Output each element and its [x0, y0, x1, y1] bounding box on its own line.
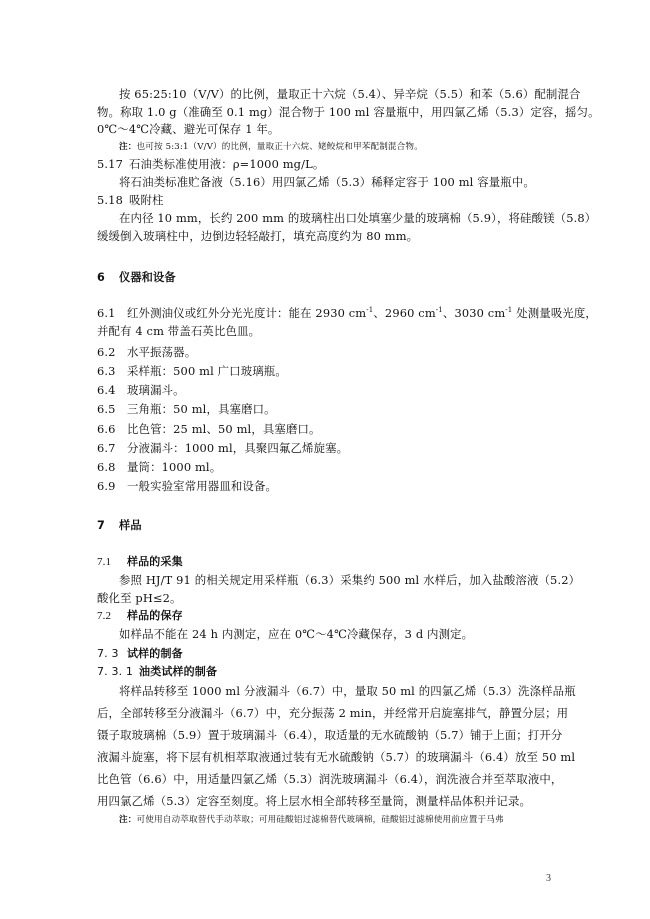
clause-5-17: 5.17石油类标准使用液：ρ=1000 mg/L。 — [97, 155, 324, 173]
page-number: 3 — [546, 873, 551, 884]
clause-title: 吸附柱 — [129, 193, 164, 207]
clause-6-2: 6.2水平振荡器。 — [97, 343, 196, 361]
clause-7-3-1: 7. 3. 1油类试样的制备 — [97, 663, 217, 681]
section-number: 7 — [97, 517, 109, 535]
clause-number: 5.18 — [97, 191, 123, 209]
paragraph-line: 物。称取 1.0 g（准确至 0.1 mg）混合物于 100 ml 容量瓶中，用… — [97, 103, 600, 121]
paragraph-line: 比色管（6.6）中，用适量四氯乙烯（5.3）润洗玻璃漏斗（6.4），润洗液合并至… — [97, 770, 562, 788]
clause-5-18: 5.18吸附柱 — [97, 191, 164, 209]
paragraph-line: 并配有 4 cm 带盖石英比色皿。 — [97, 322, 260, 340]
paragraph-line: 在内径 10 mm，长约 200 mm 的玻璃柱出口处填塞少量的玻璃棉（5.9）… — [119, 209, 596, 227]
clause-7-2: 7.2样品的保存 — [97, 607, 183, 625]
paragraph-line: 按 65:25:10（V/V）的比例，量取正十六烷（5.4）、异辛烷（5.5）和… — [119, 85, 581, 103]
clause-number: 5.17 — [97, 155, 123, 173]
document-page: 按 65:25:10（V/V）的比例，量取正十六烷（5.4）、异辛烷（5.5）和… — [0, 0, 650, 919]
section-number: 6 — [97, 269, 109, 287]
paragraph-line: 镊子取玻璃棉（5.9）置于玻璃漏斗（6.4），取适量的无水硫酸钠（5.7）铺于上… — [97, 726, 562, 744]
note-text: 可使用自动萃取替代手动萃取；可用硅酸铝过滤棉替代玻璃棉，硅酸铝过滤棉使用前应置于… — [137, 815, 504, 825]
paragraph-line: 如样品不能在 24 h 内测定，应在 0℃～4℃冷藏保存，3 d 内测定。 — [119, 625, 473, 643]
paragraph-line: 将石油类标准贮备液（5.16）用四氯乙烯（5.3）稀释定容于 100 ml 容量… — [119, 173, 535, 191]
paragraph-line: 0℃～4℃冷藏、避光可保存 1 年。 — [97, 120, 279, 138]
note-label: 注： — [119, 815, 137, 825]
clause-title: 石油类标准使用液：ρ=1000 mg/L。 — [129, 157, 324, 171]
note: 注：可使用自动萃取替代手动萃取；可用硅酸铝过滤棉替代玻璃棉，硅酸铝过滤棉使用前应… — [119, 811, 504, 829]
clause-6-4: 6.4玻璃漏斗。 — [97, 381, 185, 399]
clause-7-1: 7.1样品的采集 — [97, 553, 183, 571]
note-text: 也可按 5:3:1（V/V）的比例，量取正十六烷、姥鲛烷和甲苯配制混合物。 — [137, 142, 423, 152]
paragraph-line: 后，全部转移至分液漏斗（6.7）中，充分振荡 2 min，并经常开启旋塞排气，静… — [97, 704, 568, 722]
note-label: 注： — [119, 142, 137, 152]
paragraph-line: 缓缓倒入玻璃柱中，边倒边轻轻敲打，填充高度约为 80 mm。 — [97, 227, 418, 245]
clause-number: 6.1 — [97, 304, 121, 322]
paragraph-line: 用四氯乙烯（5.3）定容至刻度。将上层水相全部转移至量筒，测量样品体积并记录。 — [97, 792, 531, 810]
clause-6-7: 6.7分液漏斗：1000 ml，具聚四氟乙烯旋塞。 — [97, 439, 348, 457]
clause-6-5: 6.5三角瓶：50 ml，具塞磨口。 — [97, 400, 276, 418]
section-heading-6: 6仪器和设备 — [97, 269, 176, 287]
clause-6-1: 6.1红外测油仪或红外分光光度计：能在 2930 cm-1、2960 cm-1、… — [97, 304, 597, 322]
paragraph-line: 将样品转移至 1000 ml 分液漏斗（6.7）中，量取 50 ml 的四氯乙烯… — [119, 682, 576, 700]
note: 注：也可按 5:3:1（V/V）的比例，量取正十六烷、姥鲛烷和甲苯配制混合物。 — [119, 138, 423, 156]
paragraph-line: 酸化至 pH≤2。 — [97, 589, 182, 607]
clause-7-3: 7. 3试样的制备 — [97, 645, 183, 663]
clause-6-8: 6.8量筒：1000 ml。 — [97, 458, 221, 476]
section-title: 样品 — [119, 519, 142, 532]
clause-6-3: 6.3采样瓶：500 ml 广口玻璃瓶。 — [97, 362, 287, 380]
section-title: 仪器和设备 — [119, 271, 176, 284]
clause-6-9: 6.9一般实验室常用器皿和设备。 — [97, 477, 277, 495]
section-heading-7: 7样品 — [97, 517, 142, 535]
clause-6-6: 6.6比色管：25 ml、50 ml，具塞磨口。 — [97, 420, 321, 438]
paragraph-line: 参照 HJ/T 91 的相关规定用采样瓶（6.3）采集约 500 ml 水样后，… — [119, 571, 580, 589]
paragraph-line: 液漏斗旋塞，将下层有机相萃取液通过装有无水硫酸钠（5.7）的玻璃漏斗（6.4）放… — [97, 748, 575, 766]
